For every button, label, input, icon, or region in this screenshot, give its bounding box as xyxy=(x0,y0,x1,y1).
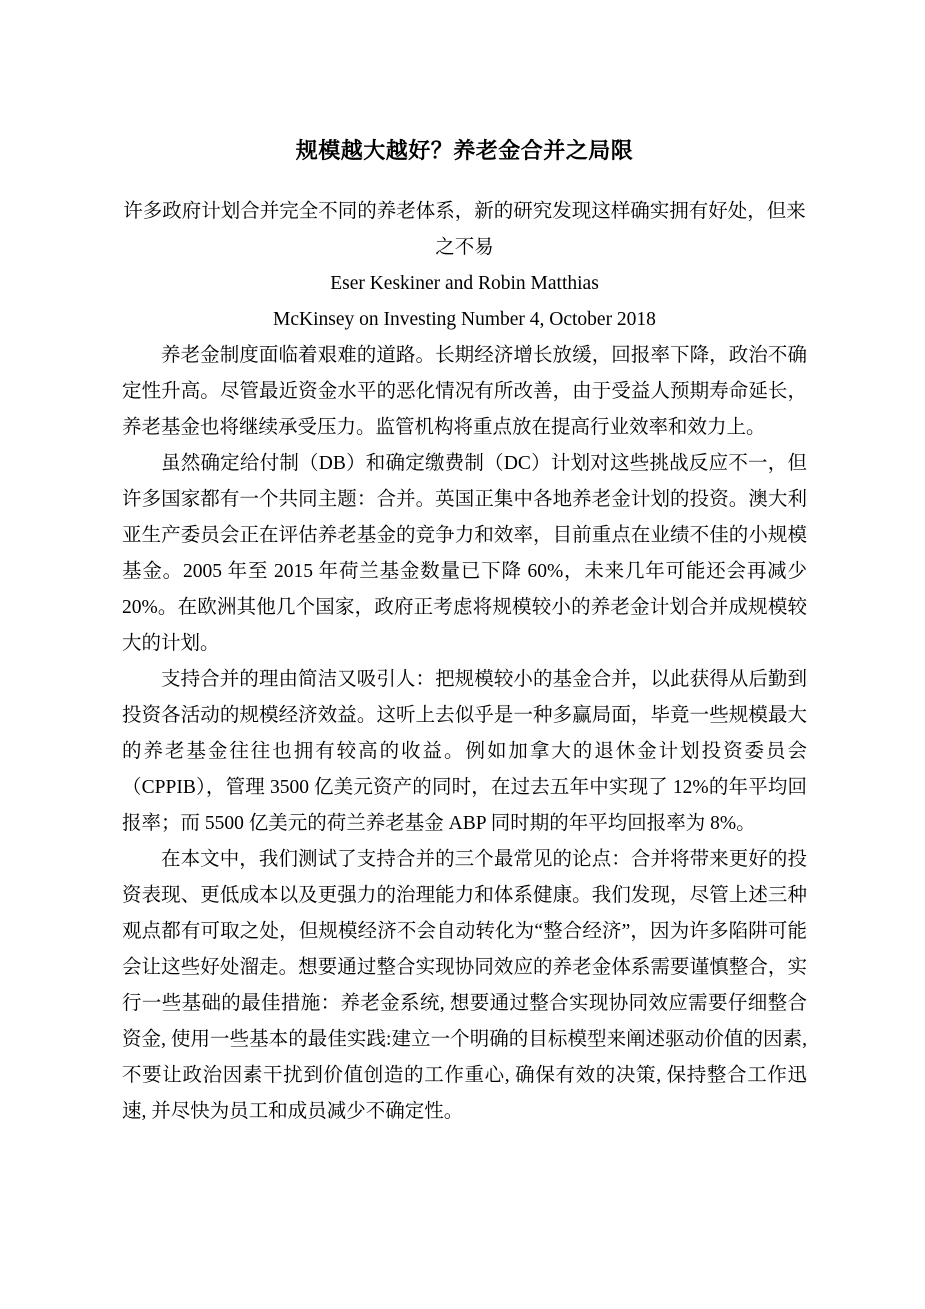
paragraph-3: 支持合并的理由简洁又吸引人：把规模较小的基金合并，以此获得从后勤到投资各活动的规… xyxy=(122,662,807,842)
paragraph-2: 虽然确定给付制（DB）和确定缴费制（DC）计划对这些挑战反应不一，但许多国家都有… xyxy=(122,446,807,662)
document-subtitle: 许多政府计划合并完全不同的养老体系，新的研究发现这样确实拥有好处，但来之不易 xyxy=(122,194,807,266)
paragraph-4: 在本文中，我们测试了支持合并的三个最常见的论点：合并将带来更好的投资表现、更低成… xyxy=(122,842,807,1130)
byline: Eser Keskiner and Robin Matthias xyxy=(122,266,807,302)
paragraph-1: 养老金制度面临着艰难的道路。长期经济增长放缓，回报率下降，政治不确定性升高。尽管… xyxy=(122,338,807,446)
document-page: 规模越大越好？养老金合并之局限 许多政府计划合并完全不同的养老体系，新的研究发现… xyxy=(0,0,925,1309)
source-line: McKinsey on Investing Number 4, October … xyxy=(122,302,807,338)
document-title: 规模越大越好？养老金合并之局限 xyxy=(122,130,807,172)
document-body: 养老金制度面临着艰难的道路。长期经济增长放缓，回报率下降，政治不确定性升高。尽管… xyxy=(122,338,807,1130)
